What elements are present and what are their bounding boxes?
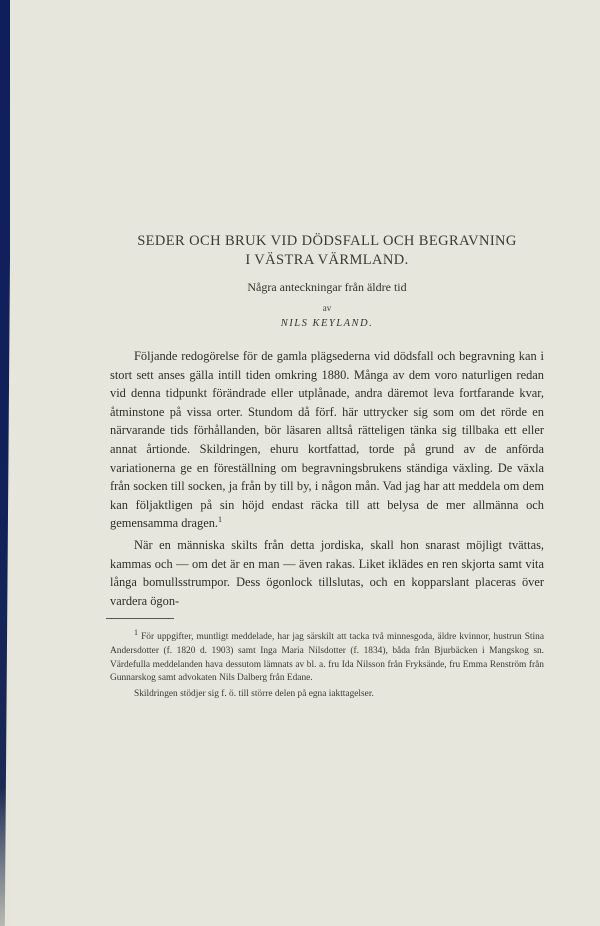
footnotes: 1 För uppgifter, muntligt meddelade, har… <box>110 631 544 701</box>
paragraph-text: När en människa skilts från detta jordis… <box>110 538 544 608</box>
footnote-text: För uppgifter, muntligt meddelade, har j… <box>110 632 544 683</box>
footnote: 1 För uppgifter, muntligt meddelade, har… <box>110 631 544 685</box>
paragraph: Följande redogörelse för de gamla plägse… <box>110 347 544 533</box>
title-line-1: SEDER OCH BRUK VID DÖDSFALL OCH BEGRAVNI… <box>137 233 517 249</box>
paragraph: När en människa skilts från detta jordis… <box>110 536 544 610</box>
paragraph-text: Följande redogörelse för de gamla plägse… <box>110 349 544 530</box>
footnote-marker: 1 <box>134 628 138 637</box>
author-name: NILS KEYLAND. <box>110 318 544 329</box>
article: SEDER OCH BRUK VID DÖDSFALL OCH BEGRAVNI… <box>110 232 544 701</box>
article-body: Följande redogörelse för de gamla plägse… <box>110 347 544 610</box>
footnote-text: Skildringen stödjer sig f. ö. till störr… <box>134 689 374 699</box>
article-subtitle: Några anteckningar från äldre tid <box>110 280 544 295</box>
footnote-divider <box>106 618 174 619</box>
footnote-continuation: Skildringen stödjer sig f. ö. till störr… <box>110 688 544 702</box>
byline-av: av <box>110 303 544 313</box>
footnote-reference[interactable]: 1 <box>218 515 222 524</box>
title-line-2: I VÄSTRA VÄRMLAND. <box>245 252 408 268</box>
article-title: SEDER OCH BRUK VID DÖDSFALL OCH BEGRAVNI… <box>110 232 544 270</box>
